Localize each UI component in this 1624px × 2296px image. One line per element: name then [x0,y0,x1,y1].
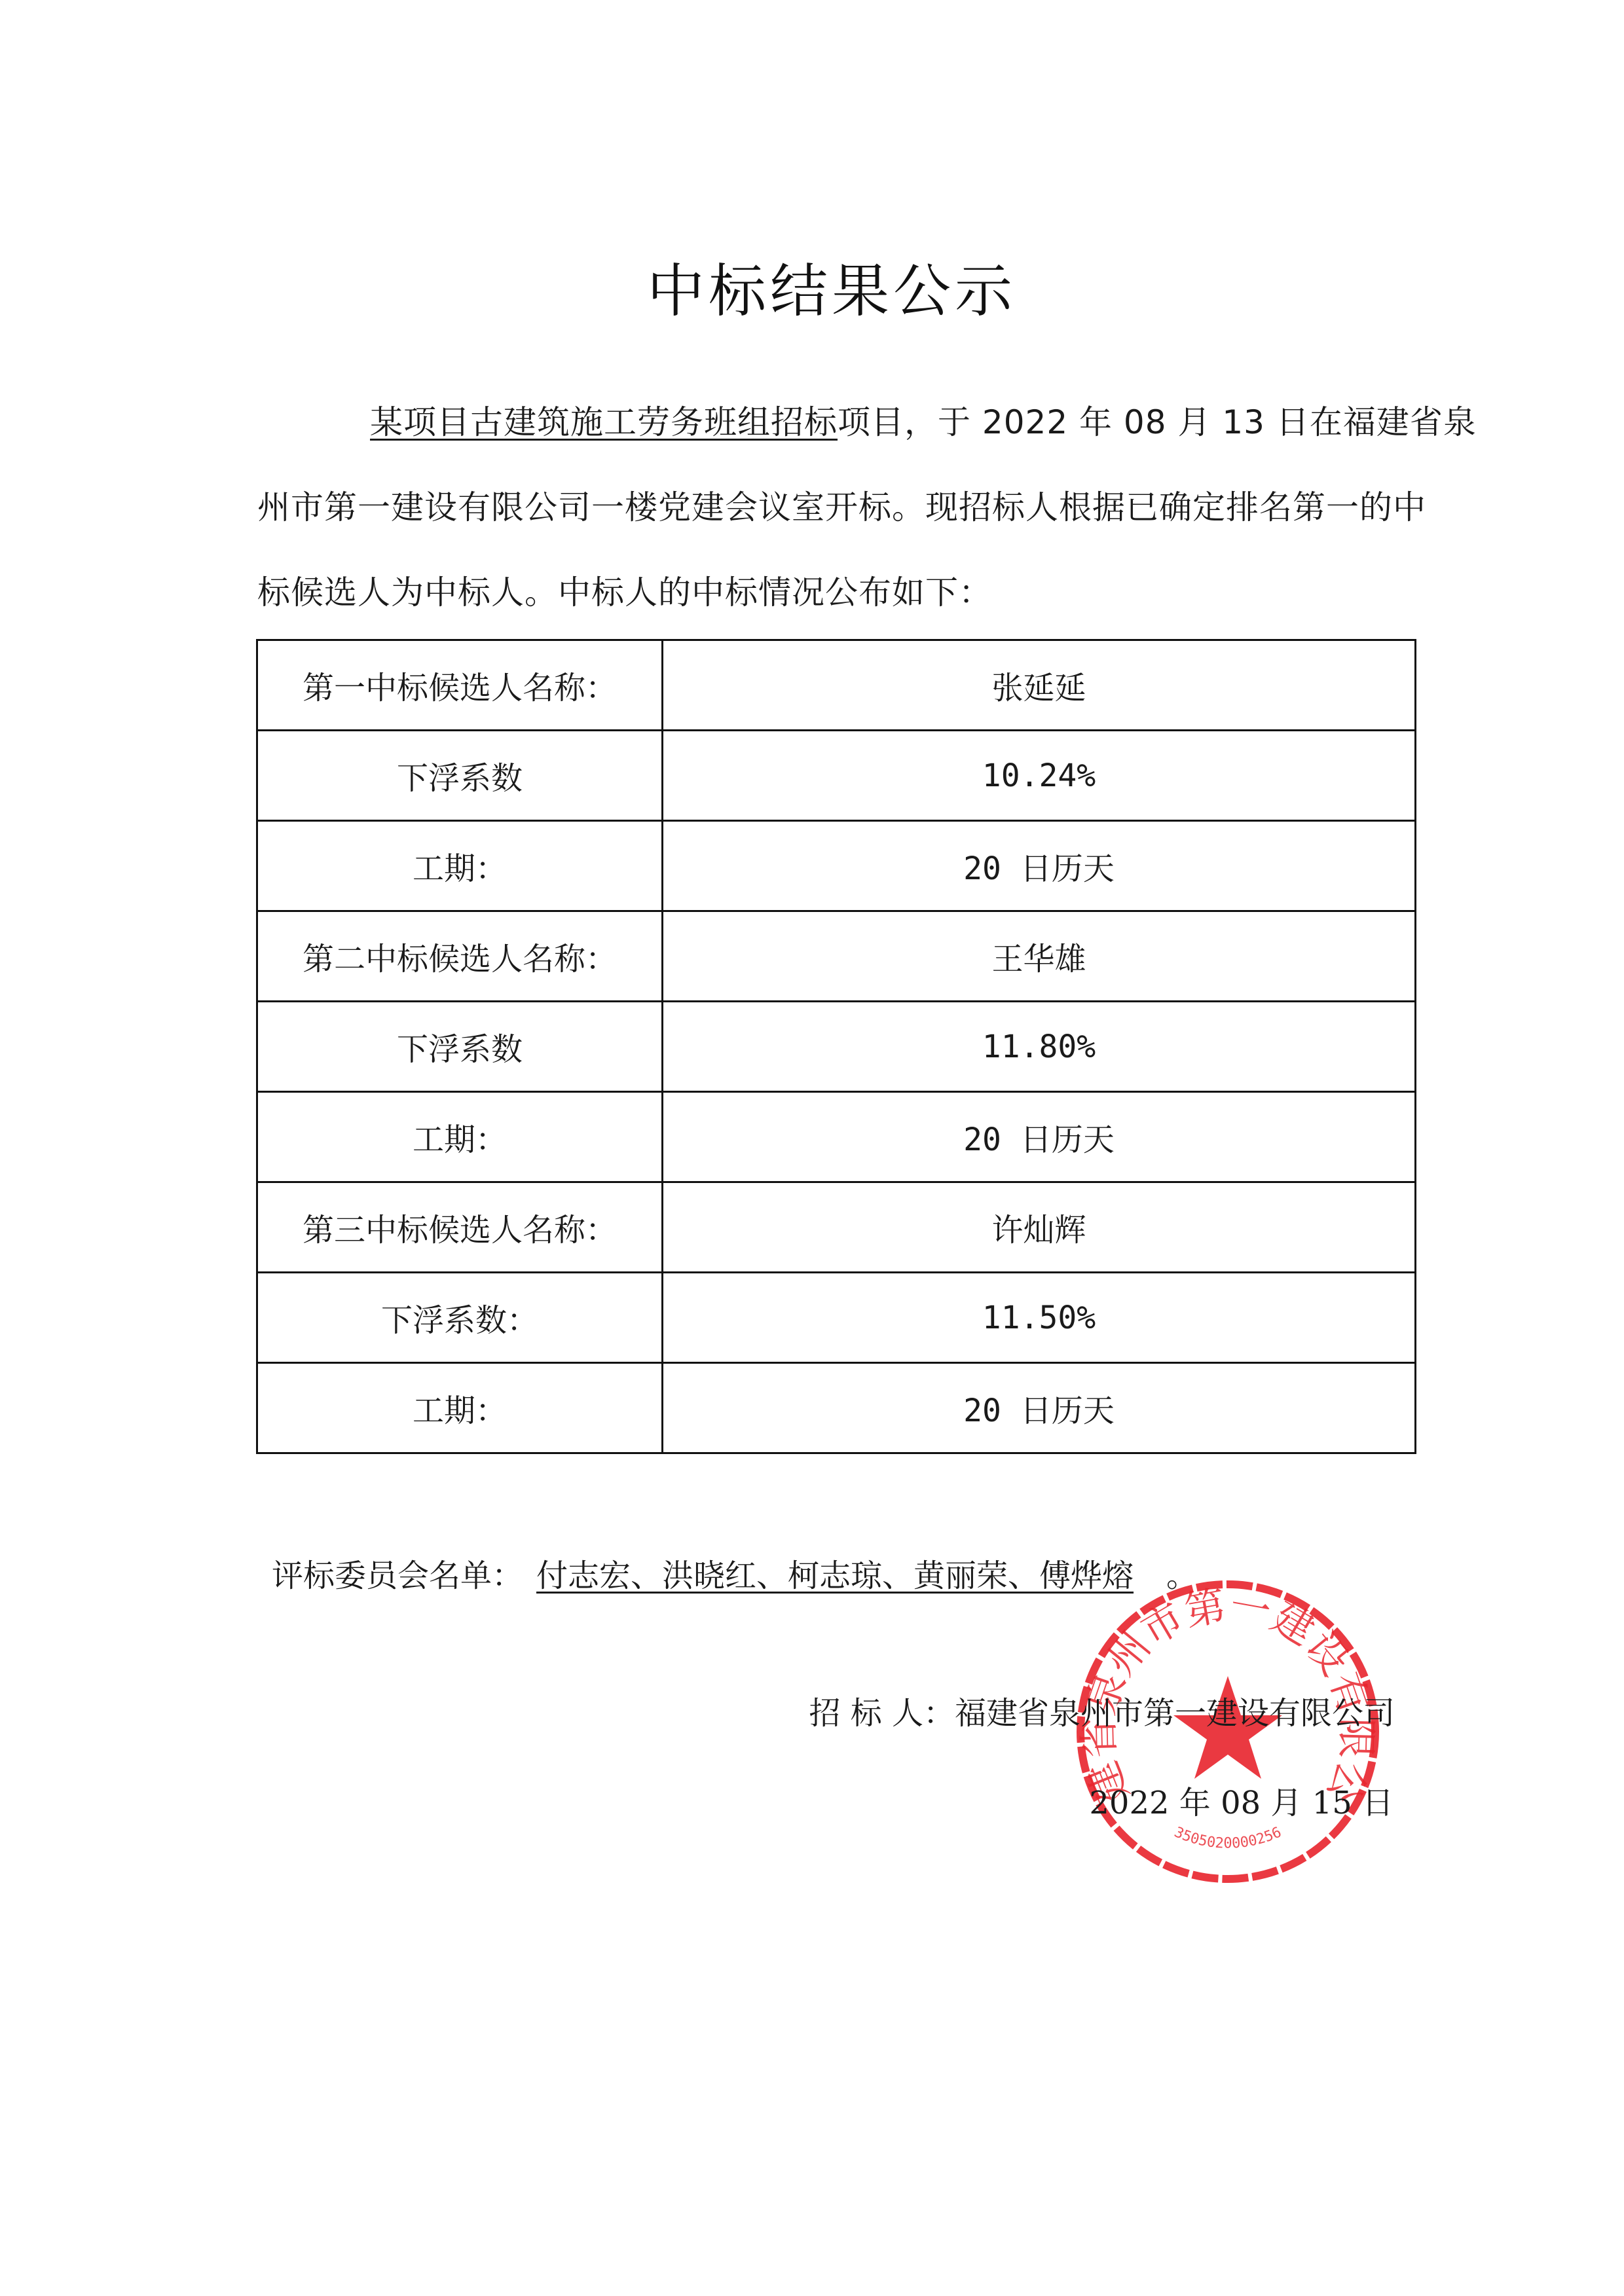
table-row: 工期： 20 日历天 [257,1092,1416,1182]
project-name: 某项目古建筑施工劳务班组招标 [370,403,838,441]
tenderer-name: 福建省泉州市第一建设有限公司 [955,1695,1395,1732]
intro-line-2: 州市第一建设有限公司一楼党建会议室开标。现招标人根据已确定排名第一的中 [257,488,1426,527]
row-value: 20 日历天 [663,1363,1416,1453]
page-title: 中标结果公示 [0,246,1624,328]
committee-members: 付志宏、洪晓红、柯志琼、黄丽荣、傅烨熔 [536,1558,1166,1594]
intro-line-1: 某项目古建筑施工劳务班组招标项目，于 2022 年 08 月 13 日在福建省泉 [370,403,1477,442]
table-row: 下浮系数 10.24% [257,731,1416,821]
results-table: 第一中标候选人名称： 张延延 下浮系数 10.24% 工期： 20 日历天 第二… [256,639,1416,1454]
tenderer-line: 招 标 人：福建省泉州市第一建设有限公司 [809,1688,1395,1733]
row-value: 20 日历天 [663,1092,1416,1182]
row-value: 张延延 [663,640,1416,731]
row-label: 工期： [257,1092,663,1182]
row-value: 王华雄 [663,911,1416,1002]
table-row: 第一中标候选人名称： 张延延 [257,640,1416,731]
table-row: 工期： 20 日历天 [257,821,1416,911]
row-label: 下浮系数 [257,731,663,821]
row-label: 第二中标候选人名称： [257,911,663,1002]
table-row: 第二中标候选人名称： 王华雄 [257,911,1416,1002]
table-row: 第三中标候选人名称： 许灿辉 [257,1182,1416,1273]
row-label: 下浮系数： [257,1273,663,1363]
table-row: 下浮系数 11.80% [257,1002,1416,1092]
intro-line-3: 标候选人为中标人。中标人的中标情况公布如下： [257,573,992,612]
row-value: 许灿辉 [663,1182,1416,1273]
tenderer-label: 招 标 人： [809,1695,955,1732]
committee-line: 评标委员会名单：付志宏、洪晓红、柯志琼、黄丽荣、傅烨熔。 [272,1550,1198,1595]
row-label: 下浮系数 [257,1002,663,1092]
committee-label: 评标委员会名单： [272,1558,523,1594]
table-row: 工期： 20 日历天 [257,1363,1416,1453]
row-value: 20 日历天 [663,821,1416,911]
row-label: 第三中标候选人名称： [257,1182,663,1273]
row-value: 10.24% [663,731,1416,821]
row-label: 第一中标候选人名称： [257,640,663,731]
issue-date: 2022 年 08 月 15 日 [1089,1777,1393,1823]
row-label: 工期： [257,821,663,911]
table-row: 下浮系数： 11.50% [257,1273,1416,1363]
row-value: 11.80% [663,1002,1416,1092]
row-value: 11.50% [663,1273,1416,1363]
intro-line-1-rest: 项目，于 2022 年 08 月 13 日在福建省泉 [838,403,1477,441]
row-label: 工期： [257,1363,663,1453]
seal-number: 3505020000256 [1172,1824,1283,1851]
